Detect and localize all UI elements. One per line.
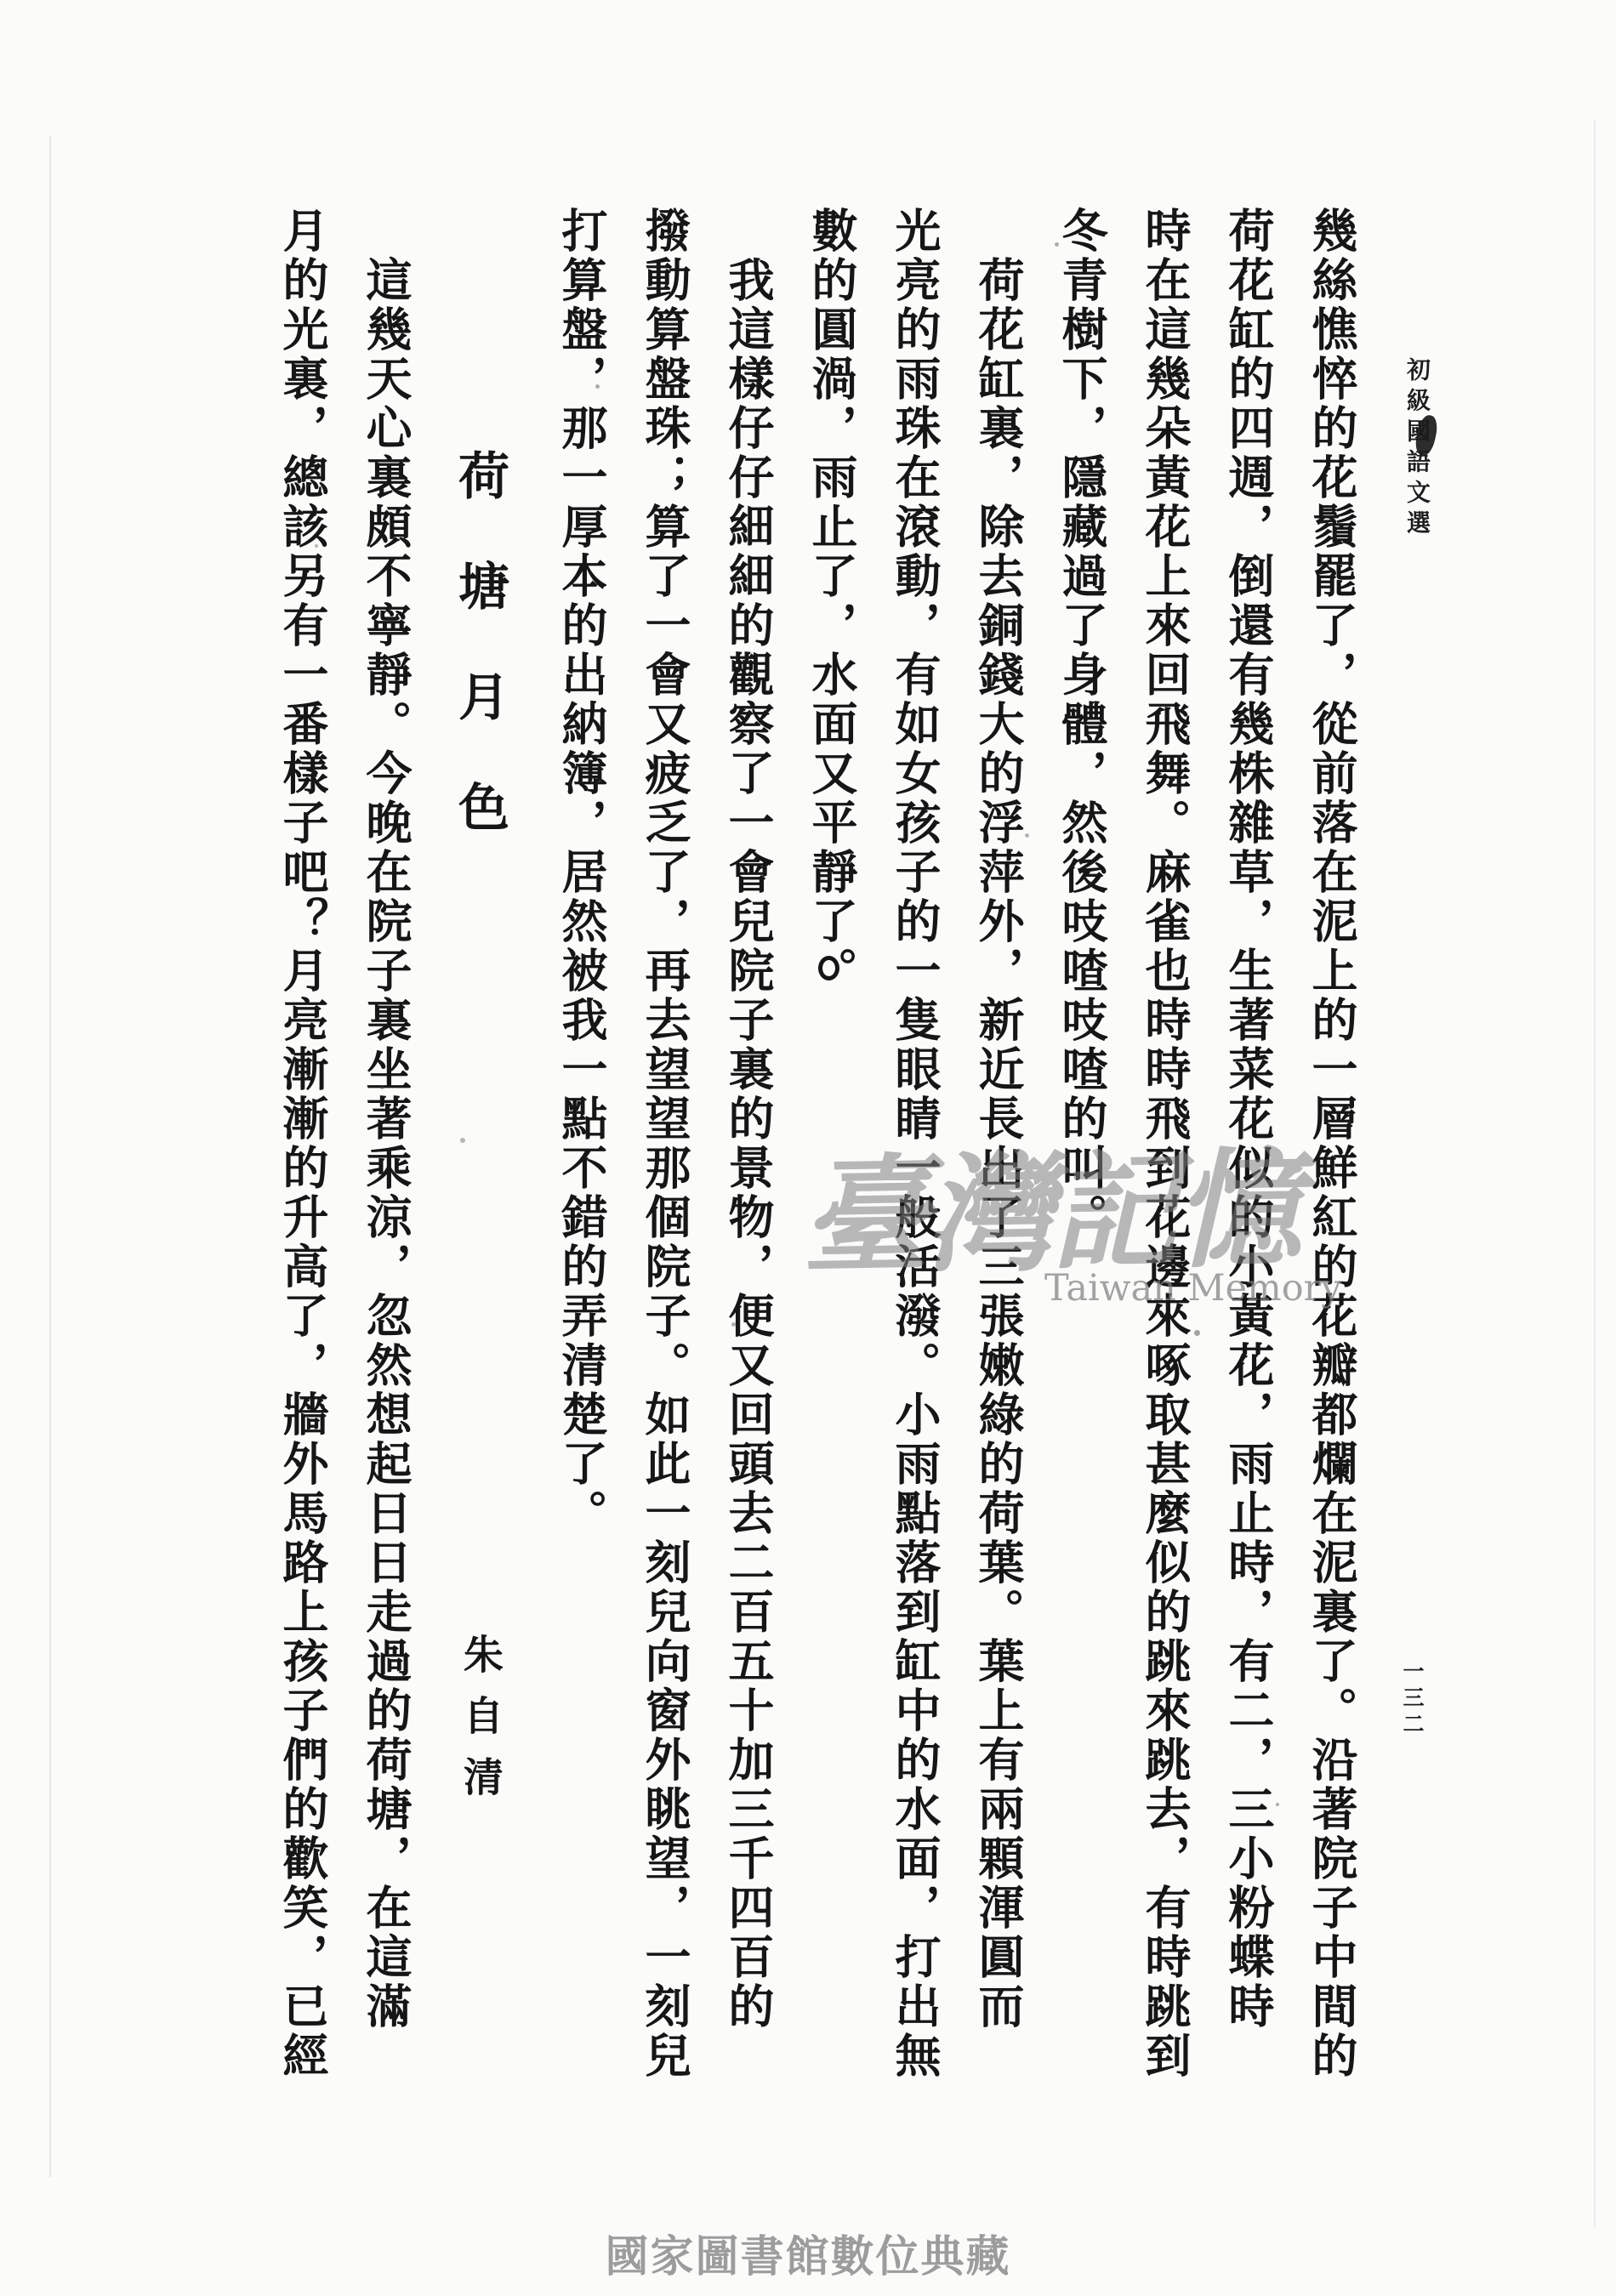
scan-speck bbox=[315, 544, 318, 548]
scan-speck bbox=[380, 1085, 384, 1089]
scan-speck bbox=[1055, 242, 1059, 247]
scan-edge-shadow-right bbox=[1594, 119, 1596, 2228]
scan-speck bbox=[818, 956, 839, 980]
scan-edge-shadow-left bbox=[49, 136, 51, 2177]
scan-speck bbox=[460, 1138, 465, 1143]
text-column: 我這樣仔仔細細的觀察了一會兒院子裏的景物，便又回頭去二百五十加三千四百的 bbox=[724, 207, 773, 2103]
scanned-book-page: 初級國語文選 一三二 幾絲憔悴的花鬚罷了，從前落在泥上的一層鮮紅的花瓣都爛在泥裏… bbox=[0, 0, 1616, 2296]
text-column: 這幾天心裏頗不寧靜。今晚在院子裏坐著乘涼，忽然想起日日走過的荷塘，在這滿 bbox=[361, 207, 411, 2103]
text-column: 月的光裏，總該另有一番樣子吧？月亮漸漸的升高了，牆外馬路上孩子們的歡笑，已經 bbox=[278, 207, 327, 2103]
scan-speck bbox=[595, 384, 600, 389]
text-column: 幾絲憔悴的花鬚罷了，從前落在泥上的一層鮮紅的花瓣都爛在泥裏了。沿著院子中間的 bbox=[1307, 207, 1357, 2103]
scan-speck bbox=[1025, 833, 1029, 838]
library-archive-caption: 國家圖書館數位典藏 bbox=[0, 2221, 1616, 2284]
lesson-title: 荷塘月色 bbox=[450, 449, 509, 891]
taiwan-memory-watermark-cjk: 臺灣記憶 bbox=[800, 1145, 1300, 1282]
scan-speck bbox=[1276, 1803, 1279, 1806]
scan-speck bbox=[731, 1322, 736, 1327]
taiwan-memory-watermark-latin: Taiwan Memory bbox=[1044, 1267, 1342, 1310]
text-column: 打算盤，那一厚本的出納簿，居然被我一點不錯的弄清楚了。 bbox=[557, 207, 606, 2103]
scan-speck bbox=[1194, 1330, 1200, 1336]
lesson-author: 朱自清 bbox=[457, 1634, 504, 1817]
scan-speck bbox=[927, 1941, 932, 1946]
page-number: 一三二 bbox=[1397, 1660, 1427, 1739]
text-column: 撥動算盤珠；算了一會又疲乏了，再去望望那個院子。如此一刻兒向窗外眺望，一刻兒 bbox=[640, 207, 690, 2103]
title-column: 荷塘月色 朱自清 bbox=[452, 207, 507, 2103]
